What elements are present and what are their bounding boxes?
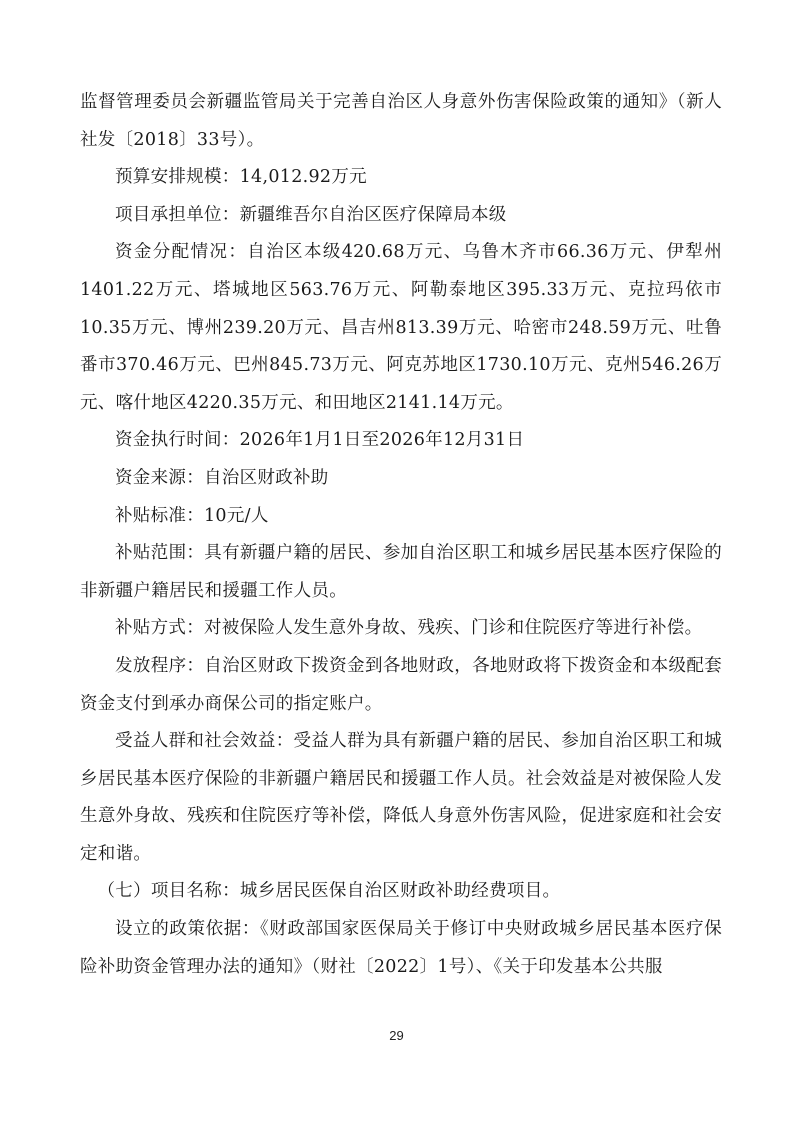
paragraph-disbursement-procedure: 发放程序：自治区财政下拨资金到各地财政，各地财政将下拨资金和本级配套资金支付到承… — [80, 648, 722, 723]
paragraph-budget-scale: 预算安排规模：14,012.92万元 — [80, 159, 722, 197]
paragraph-subsidy-scope: 补贴范围：具有新疆户籍的居民、参加自治区职工和城乡居民基本医疗保险的非新疆户籍居… — [80, 535, 722, 610]
paragraph-policy-basis-continued: 监督管理委员会新疆监管局关于完善自治区人身意外伤害保险政策的通知》（新人社发〔2… — [80, 84, 722, 159]
paragraph-subsidy-method: 补贴方式：对被保险人发生意外身故、残疾、门诊和住院医疗等进行补偿。 — [80, 610, 722, 648]
paragraph-responsible-unit: 项目承担单位：新疆维吾尔自治区医疗保障局本级 — [80, 197, 722, 235]
paragraph-project-seven-policy-basis: 设立的政策依据：《财政部国家医保局关于修订中央财政城乡居民基本医疗保险补助资金管… — [80, 911, 722, 986]
paragraph-fund-source: 资金来源：自治区财政补助 — [80, 460, 722, 498]
paragraph-beneficiaries-and-benefits: 受益人群和社会效益：受益人群为具有新疆户籍的居民、参加自治区职工和城乡居民基本医… — [80, 723, 722, 873]
paragraph-fund-allocation: 资金分配情况：自治区本级420.68万元、乌鲁木齐市66.36万元、伊犁州140… — [80, 234, 722, 422]
paragraph-execution-period: 资金执行时间：2026年1月1日至2026年12月31日 — [80, 422, 722, 460]
section-heading-project-seven: （七）项目名称：城乡居民医保自治区财政补助经费项目。 — [80, 873, 722, 911]
document-body: 监督管理委员会新疆监管局关于完善自治区人身意外伤害保险政策的通知》（新人社发〔2… — [80, 84, 722, 986]
page-number: 29 — [0, 1028, 793, 1043]
document-page: 监督管理委员会新疆监管局关于完善自治区人身意外伤害保险政策的通知》（新人社发〔2… — [0, 0, 793, 1122]
paragraph-subsidy-standard: 补贴标准：10元/人 — [80, 498, 722, 536]
